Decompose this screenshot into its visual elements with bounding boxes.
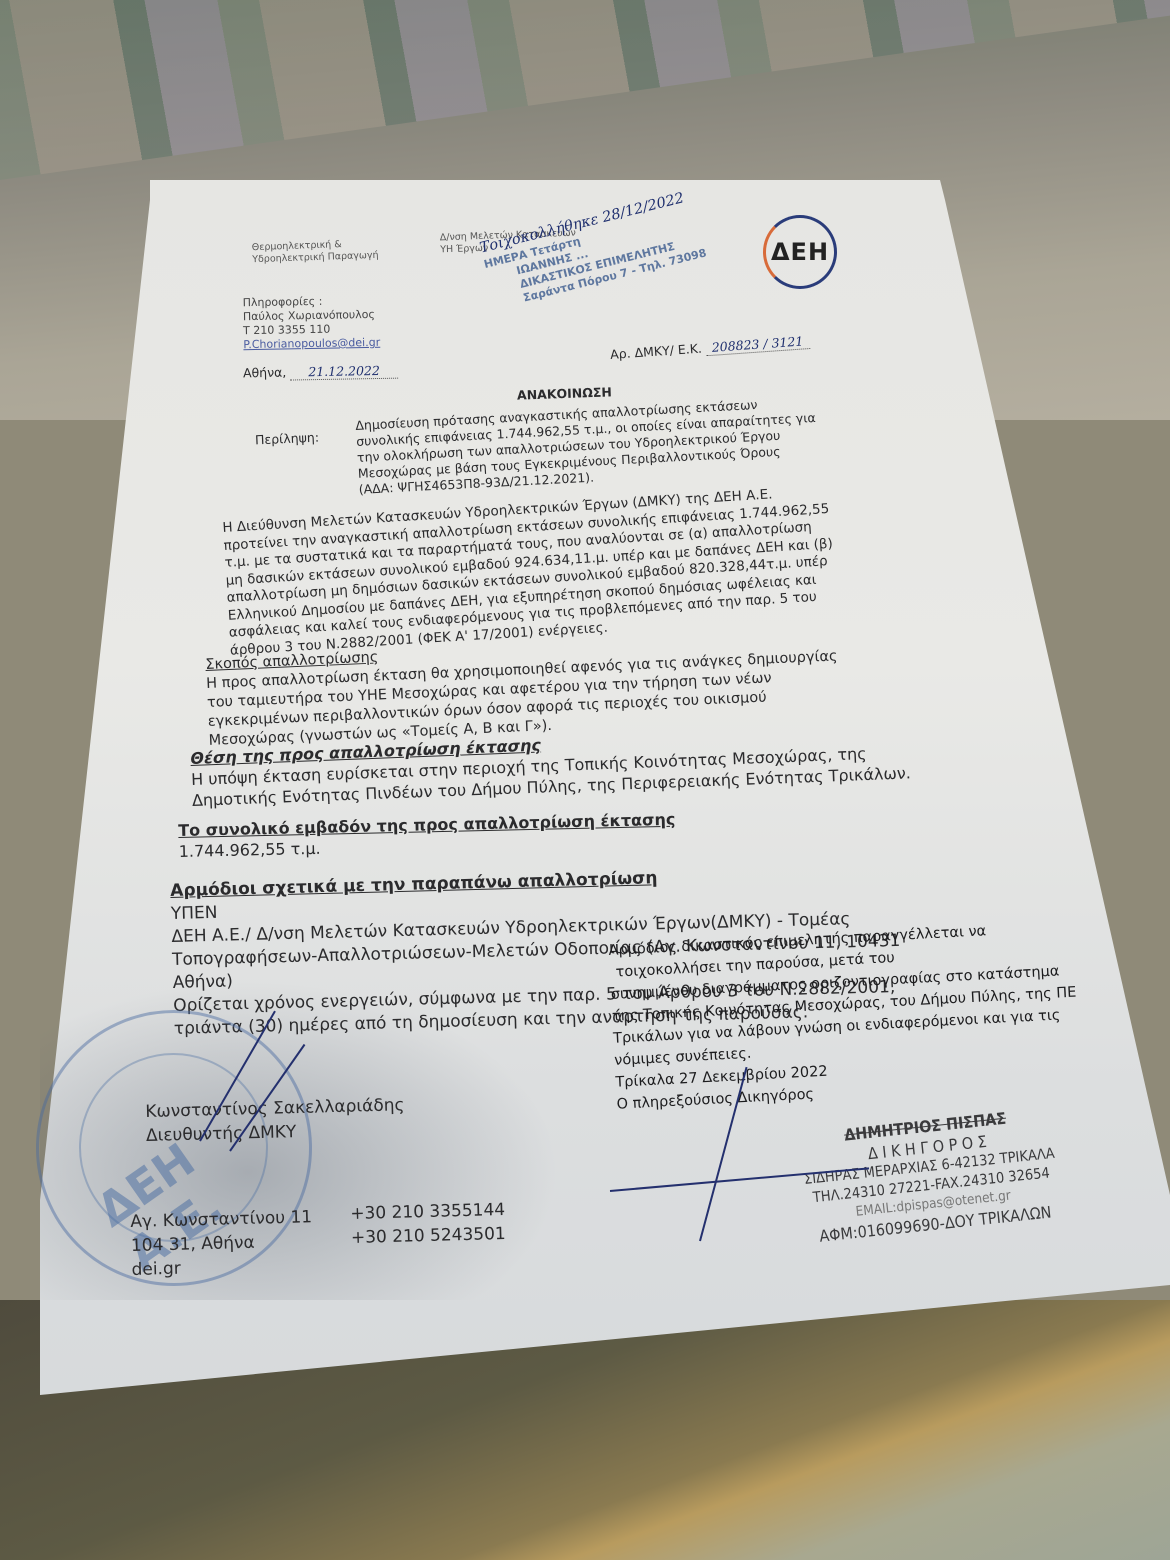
date-value: 21.12.2022 xyxy=(290,363,398,381)
city-label: Αθήνα, xyxy=(243,365,287,381)
footer-phones: +30 210 3355144 +30 210 5243501 xyxy=(350,1198,506,1250)
document-title: ΑΝΑΚΟΙΝΩΣΗ xyxy=(517,384,612,403)
bailiff-order-stamp: Αρμόδιος δικαστικός επιμελητής παραγγέλλ… xyxy=(608,911,1170,1116)
dei-logo: ΔΕΗ xyxy=(763,215,837,289)
info-email[interactable]: P.Chorianopoulos@dei.gr xyxy=(243,336,380,352)
date-line: Αθήνα, 21.12.2022 xyxy=(243,363,398,382)
footer-address-line-1: Αγ. Κωνσταντίνου 11 xyxy=(130,1205,312,1234)
org-name: Θερμοηλεκτρική & Υδροηλεκτρική Παραγωγή xyxy=(252,238,379,266)
summary-label: Περίληψη: xyxy=(255,430,320,449)
signatory-block: Κωνσταντίνος Σακελλαριάδης Διευθυντής ΔΜ… xyxy=(145,1093,405,1148)
footer-phone-2: +30 210 5243501 xyxy=(351,1222,506,1250)
footer-website[interactable]: dei.gr xyxy=(131,1253,313,1282)
contact-info: Πληροφορίες : Παύλος Χωριανόπουλος Τ 210… xyxy=(243,294,381,352)
logo-text: ΔΕΗ xyxy=(771,238,829,266)
info-name: Παύλος Χωριανόπουλος xyxy=(243,308,380,324)
footer-address: Αγ. Κωνσταντίνου 11 104 31, Αθήνα dei.gr xyxy=(130,1205,314,1282)
carpet-pattern xyxy=(0,0,1170,180)
